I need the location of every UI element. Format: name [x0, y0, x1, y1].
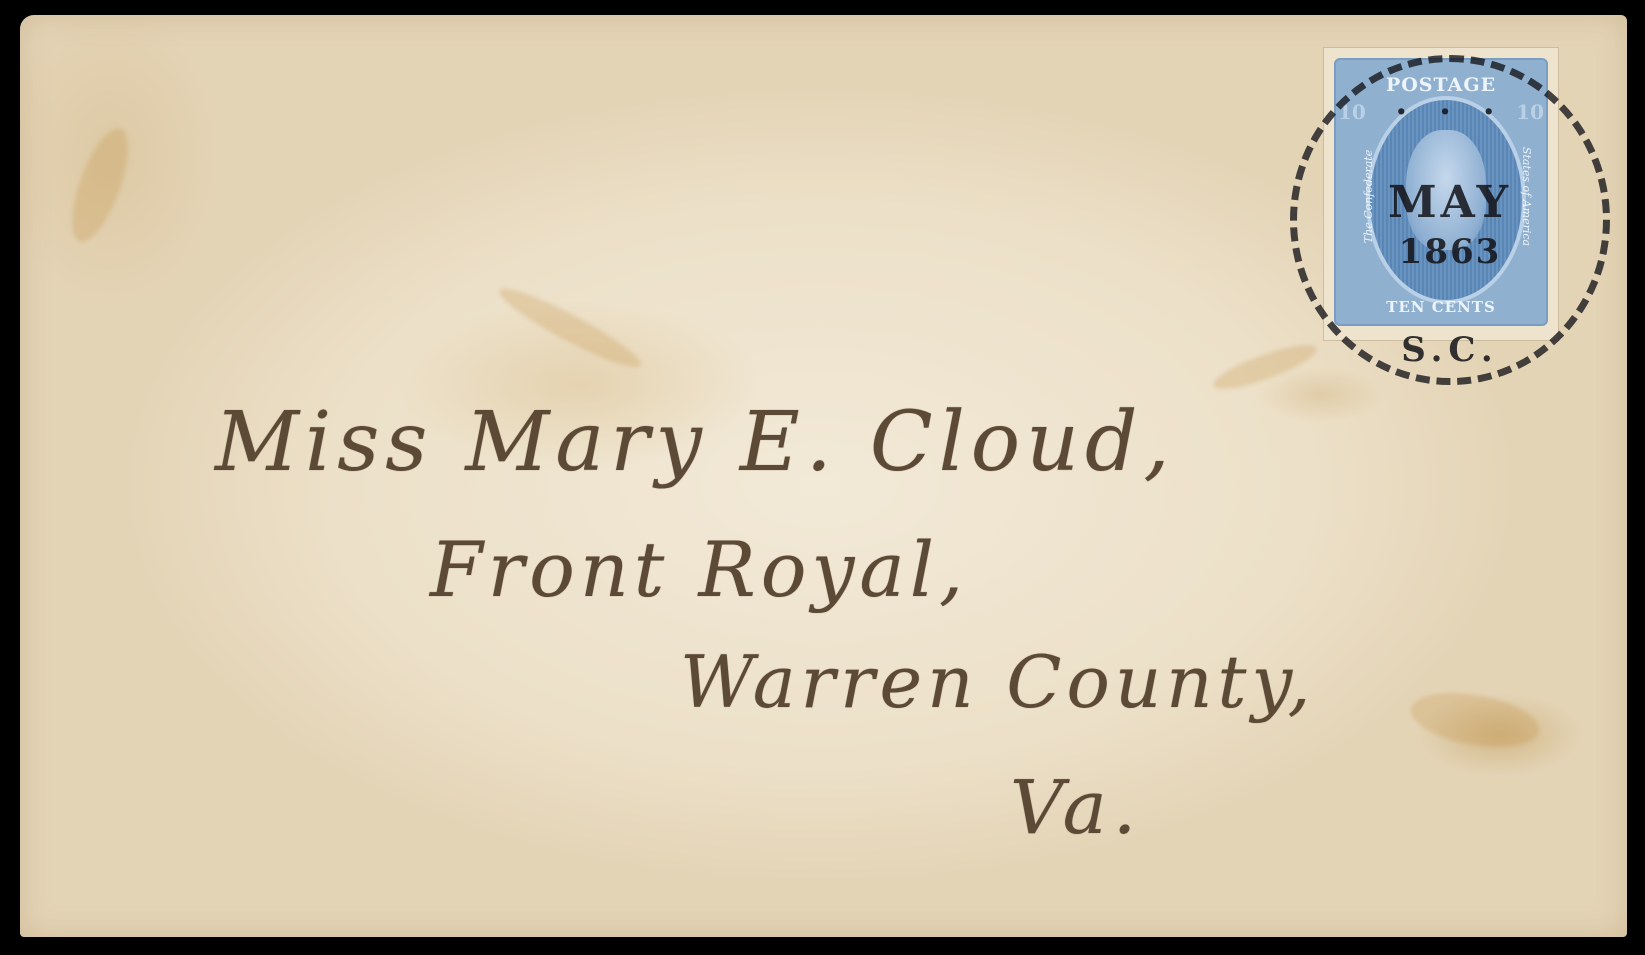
address-line-state: Va. [1010, 765, 1142, 851]
stain [493, 279, 646, 377]
stain [61, 122, 140, 248]
postmark-top-text: · · · [1297, 92, 1603, 132]
address-line-recipient: Miss Mary E. Cloud, [215, 395, 1176, 490]
address-line-county: Warren County, [680, 640, 1316, 724]
address-line-town: Front Royal, [430, 525, 968, 614]
postmark-datestamp: · · · MAY 1863 S.C. [1290, 55, 1610, 385]
postmark-state: S.C. [1297, 330, 1603, 370]
postmark-year: 1863 [1297, 232, 1603, 272]
postmark-month: MAY [1297, 177, 1603, 228]
stain [1407, 684, 1544, 756]
